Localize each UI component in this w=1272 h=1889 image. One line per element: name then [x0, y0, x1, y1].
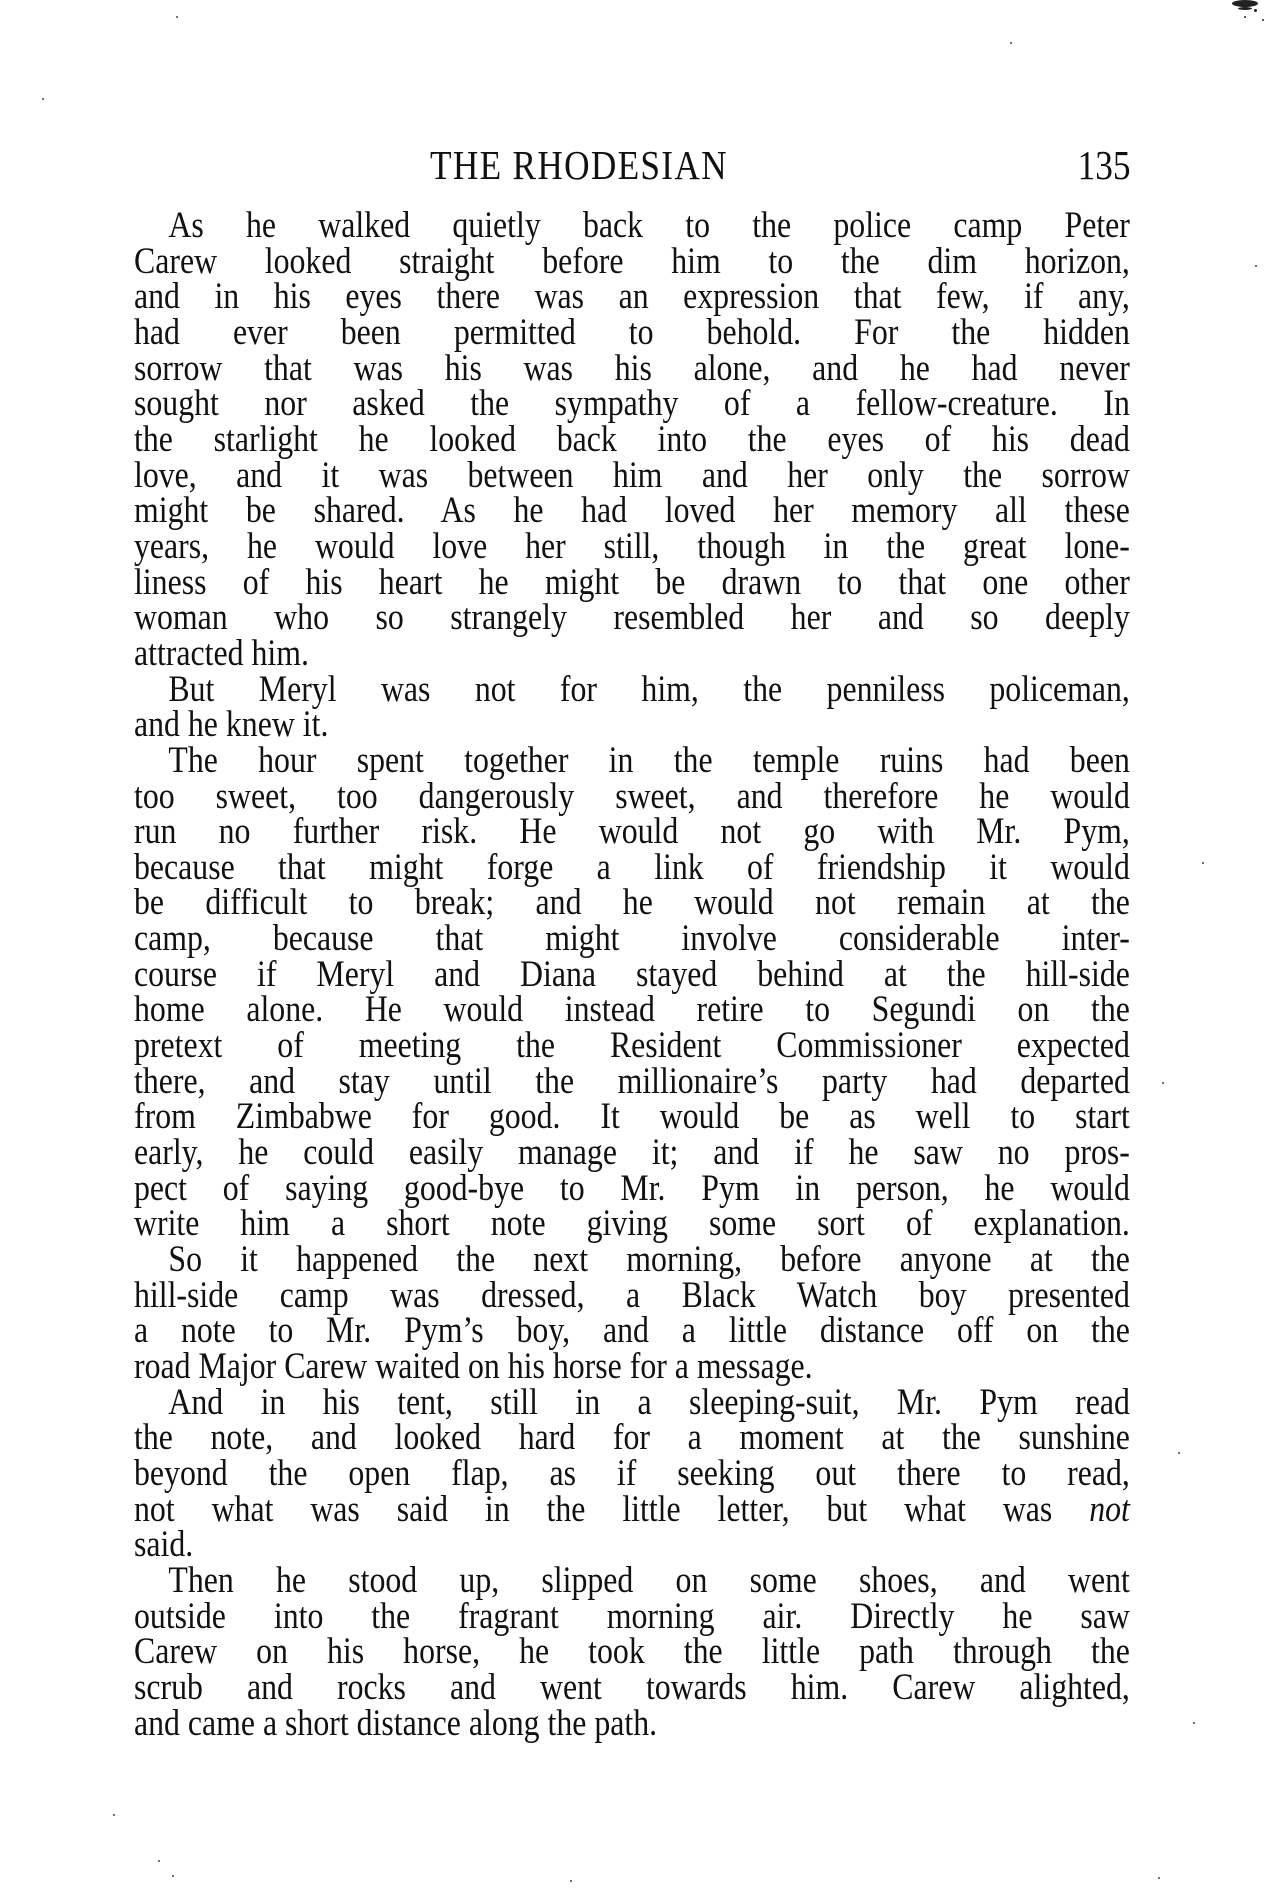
text-line: sorrow that was his was his alone, and h…	[134, 351, 1130, 387]
text-line: course if Meryl and Diana stayed behind …	[134, 957, 1130, 993]
scan-speck	[1158, 1877, 1160, 1879]
scan-speck	[1178, 1452, 1180, 1454]
text-line: there, and stay until the millionaire’s …	[134, 1064, 1130, 1100]
text-line: camp, because that might involve conside…	[134, 921, 1130, 957]
body-text: As he walked quietly back to the police …	[134, 208, 1130, 1741]
text-line: But Meryl was not for him, the penniless…	[134, 672, 1130, 708]
text-line: scrub and rocks and went towards him. Ca…	[134, 1670, 1130, 1706]
paragraph: And in his tent, still in a sleeping-sui…	[134, 1385, 1130, 1563]
text-line: liness of his heart he might be drawn to…	[134, 565, 1130, 601]
text-line: home alone. He would instead retire to S…	[134, 992, 1130, 1028]
paragraph: So it happened the next morning, before …	[134, 1242, 1130, 1385]
paragraph: As he walked quietly back to the police …	[134, 208, 1130, 672]
scan-speck	[1010, 42, 1012, 44]
text-line: pretext of meeting the Resident Commissi…	[134, 1028, 1130, 1064]
paragraph: Then he stood up, slipped on some shoes,…	[134, 1563, 1130, 1741]
text-line: a note to Mr. Pym’s boy, and a little di…	[134, 1313, 1130, 1349]
text-line: might be shared. As he had loved her mem…	[134, 493, 1130, 529]
book-title-header: THE RHODESIAN	[430, 143, 728, 187]
page-number: 135	[1077, 143, 1130, 187]
text-line: love, and it was between him and her onl…	[134, 458, 1130, 494]
text-line: the note, and looked hard for a moment a…	[134, 1420, 1130, 1456]
paragraph: But Meryl was not for him, the penniless…	[134, 672, 1130, 743]
scan-artifact	[1224, 0, 1272, 22]
scan-speck	[176, 16, 178, 18]
scan-speck	[172, 1875, 174, 1877]
text-line: early, he could easily manage it; and if…	[134, 1135, 1130, 1171]
text-line: the starlight he looked back into the ey…	[134, 422, 1130, 458]
text-line: and he knew it.	[134, 707, 1130, 743]
text-line: beyond the open flap, as if seeking out …	[134, 1456, 1130, 1492]
text-line: run no further risk. He would not go wit…	[134, 814, 1130, 850]
text-line: And in his tent, still in a sleeping-sui…	[134, 1385, 1130, 1421]
text-line: road Major Carew waited on his horse for…	[134, 1349, 1130, 1385]
text-line: and in his eyes there was an expression …	[134, 279, 1130, 315]
scan-speck	[113, 1814, 115, 1816]
text-line: The hour spent together in the temple ru…	[134, 743, 1130, 779]
scan-speck	[570, 1880, 572, 1882]
text-line: hill-side camp was dressed, a Black Watc…	[134, 1278, 1130, 1314]
text-line: because that might forge a link of frien…	[134, 850, 1130, 886]
text-line: be difficult to break; and he would not …	[134, 885, 1130, 921]
text-line: years, he would love her still, though i…	[134, 529, 1130, 565]
scan-speck	[158, 1860, 160, 1862]
scan-speck	[42, 98, 44, 100]
scan-speck	[1255, 265, 1257, 267]
text-line: pect of saying good-bye to Mr. Pym in pe…	[134, 1171, 1130, 1207]
text-line: Carew on his horse, he took the little p…	[134, 1634, 1130, 1670]
text-line: from Zimbabwe for good. It would be as w…	[134, 1099, 1130, 1135]
text-line: and came a short distance along the path…	[134, 1706, 1130, 1742]
italic-emphasis: not	[1089, 1489, 1130, 1530]
text-line: not what was said in the little letter, …	[134, 1492, 1130, 1528]
text-line: too sweet, too dangerously sweet, and th…	[134, 779, 1130, 815]
running-head: THE RHODESIAN 135	[134, 143, 1130, 187]
text-line-main: not what was said in the little letter, …	[134, 1489, 1052, 1530]
book-page: THE RHODESIAN 135 As he walked quietly b…	[0, 0, 1272, 1889]
text-line: said.	[134, 1527, 1130, 1563]
text-line: As he walked quietly back to the police …	[134, 208, 1130, 244]
text-line: So it happened the next morning, before …	[134, 1242, 1130, 1278]
text-line: attracted him.	[134, 636, 1130, 672]
paragraph: The hour spent together in the temple ru…	[134, 743, 1130, 1242]
scan-speck	[1193, 1722, 1195, 1724]
text-line: woman who so strangely resembled her and…	[134, 600, 1130, 636]
text-line: Carew looked straight before him to the …	[134, 244, 1130, 280]
text-line: sought nor asked the sympathy of a fello…	[134, 386, 1130, 422]
scan-speck	[1162, 1082, 1164, 1084]
text-line: had ever been permitted to behold. For t…	[134, 315, 1130, 351]
text-line: Then he stood up, slipped on some shoes,…	[134, 1563, 1130, 1599]
text-line: write him a short note giving some sort …	[134, 1206, 1130, 1242]
text-line: outside into the fragrant morning air. D…	[134, 1599, 1130, 1635]
scan-speck	[1202, 862, 1204, 864]
